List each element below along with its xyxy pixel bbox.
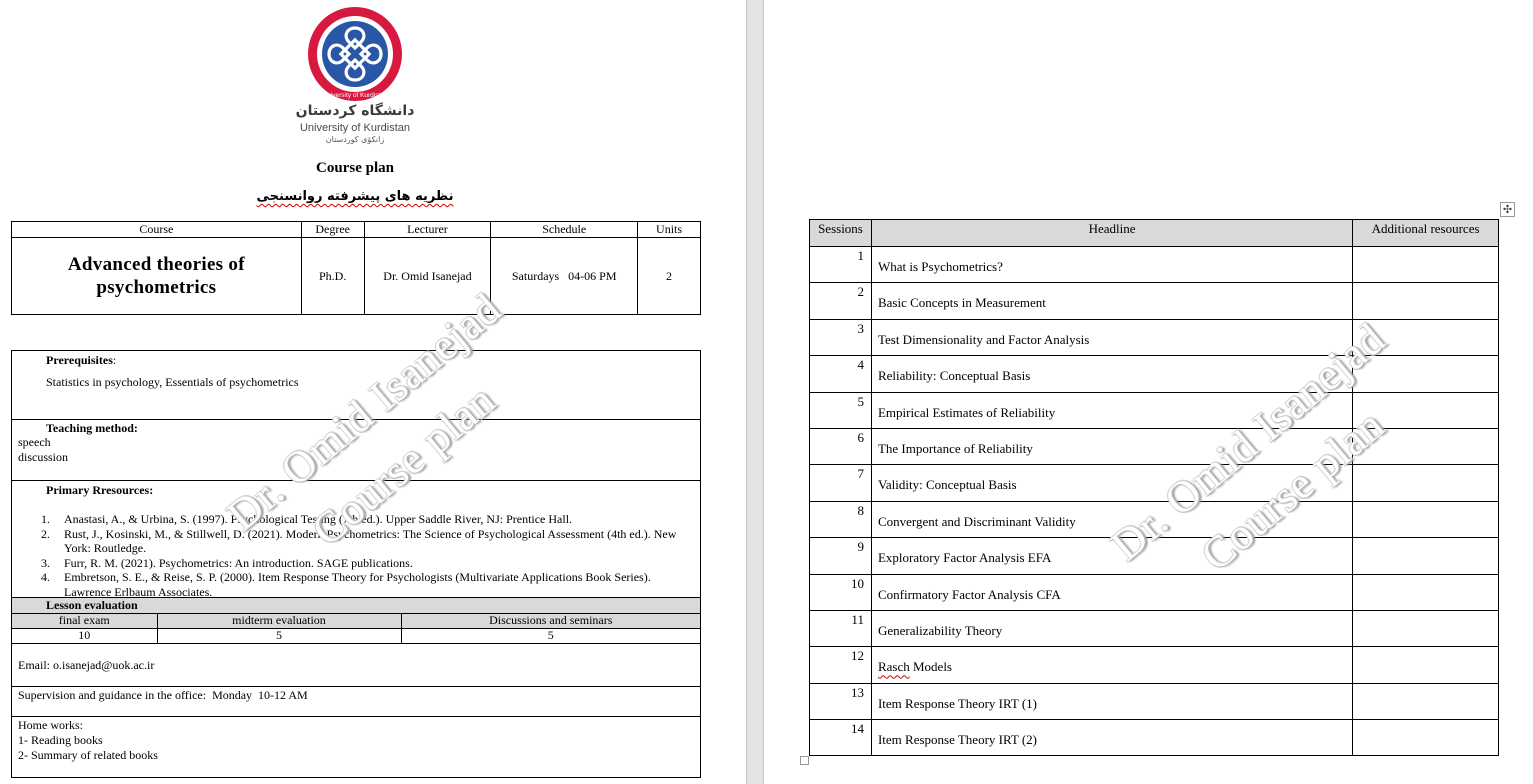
session-row: 5Empirical Estimates of Reliability [810, 392, 1499, 428]
session-additional-resources[interactable] [1353, 465, 1499, 501]
svg-text:University of Kurdistan: University of Kurdistan [322, 92, 387, 99]
session-additional-resources[interactable] [1353, 428, 1499, 464]
course-name: Advanced theories of psychometrics [12, 253, 301, 299]
page-gap [746, 0, 764, 784]
sessions-table: Sessions Headline Additional resources 1… [809, 219, 1499, 756]
session-additional-resources[interactable] [1353, 574, 1499, 610]
session-additional-resources[interactable] [1353, 501, 1499, 537]
resource-item: 3.Furr, R. M. (2021). Psychometrics: An … [12, 556, 700, 571]
session-headline: Convergent and Discriminant Validity [871, 501, 1352, 537]
session-headline: Exploratory Factor Analysis EFA [871, 538, 1352, 574]
session-headline: Item Response Theory IRT (2) [871, 720, 1352, 756]
course-info-row: Advanced theories of psychometrics Ph.D.… [12, 238, 701, 315]
session-row: 6The Importance of Reliability [810, 428, 1499, 464]
evaluation-header-row: final exam midterm evaluation Discussion… [12, 613, 700, 628]
session-headline: What is Psychometrics? [871, 247, 1352, 283]
primary-resources-label: Primary Rresources: [12, 483, 153, 498]
session-headline: Basic Concepts in Measurement [871, 283, 1352, 319]
university-name-en: University of Kurdistan [290, 122, 420, 134]
home-works-item: 2- Summary of related books [18, 748, 158, 763]
table-resize-handle[interactable] [800, 756, 809, 765]
course-info-header-row: Course Degree Lecturer Schedule Units [12, 222, 701, 238]
session-number: 12 [810, 647, 872, 683]
session-headline: Test Dimensionality and Factor Analysis [871, 319, 1352, 355]
session-additional-resources[interactable] [1353, 319, 1499, 355]
session-additional-resources[interactable] [1353, 720, 1499, 756]
session-headline: Generalizability Theory [871, 610, 1352, 646]
university-name-ku: زانکۆی کوردستان [290, 135, 420, 144]
subtitle-text: نظریه های پیشرفته روانسنجی [257, 189, 454, 204]
session-row: 7Validity: Conceptual Basis [810, 465, 1499, 501]
header-headline: Headline [871, 220, 1352, 247]
session-row: 9Exploratory Factor Analysis EFA [810, 538, 1499, 574]
primary-resources-list: 1.Anastasi, A., & Urbina, S. (1997). Psy… [12, 512, 700, 600]
evaluation-value-row: 10 5 5 [12, 628, 700, 643]
session-headline: The Importance of Reliability [871, 428, 1352, 464]
session-number: 14 [810, 720, 872, 756]
email-section: Email: o.isanejad@uok.ac.ir [12, 645, 700, 687]
header-degree: Degree [301, 222, 364, 238]
session-number: 7 [810, 465, 872, 501]
session-number: 5 [810, 392, 872, 428]
session-additional-resources[interactable] [1353, 392, 1499, 428]
course-name-cell: Advanced theories of psychometrics [12, 238, 302, 315]
course-details-box: Prerequisites: Statistics in psychology,… [11, 350, 701, 778]
eval-header-discussions: Discussions and seminars [401, 613, 700, 628]
session-row: 1What is Psychometrics? [810, 247, 1499, 283]
page-1: University of Kurdistan دانشگاه کردستان … [0, 0, 746, 784]
teaching-method-item: speech [18, 435, 51, 450]
eval-value-final: 10 [12, 628, 157, 643]
eval-header-final: final exam [12, 613, 157, 628]
table-move-handle-icon[interactable]: ✣ [1500, 202, 1515, 217]
session-headline: Confirmatory Factor Analysis CFA [871, 574, 1352, 610]
session-additional-resources[interactable] [1353, 356, 1499, 392]
session-additional-resources[interactable] [1353, 683, 1499, 719]
session-additional-resources[interactable] [1353, 647, 1499, 683]
session-headline: Rasch Models [871, 647, 1352, 683]
email-text: Email: o.isanejad@uok.ac.ir [18, 658, 154, 673]
session-number: 4 [810, 356, 872, 392]
session-row: 4Reliability: Conceptual Basis [810, 356, 1499, 392]
office-hours-section: Supervision and guidance in the office: … [12, 687, 700, 717]
session-additional-resources[interactable] [1353, 283, 1499, 319]
resource-item: 2.Rust, J., Kosinski, M., & Stillwell, D… [12, 527, 700, 556]
lesson-evaluation-title-row: Lesson evaluation [12, 598, 700, 613]
sessions-header-row: Sessions Headline Additional resources [810, 220, 1499, 247]
home-works-item: 1- Reading books [18, 733, 103, 748]
session-row: 10Confirmatory Factor Analysis CFA [810, 574, 1499, 610]
eval-value-discussions: 5 [401, 628, 700, 643]
teaching-method-section: Teaching method: speech discussion [12, 420, 700, 481]
page-2: ✣ Sessions Headline Additional resources… [764, 0, 1533, 784]
session-row: 11Generalizability Theory [810, 610, 1499, 646]
session-headline: Item Response Theory IRT (1) [871, 683, 1352, 719]
header-additional-resources: Additional resources [1353, 220, 1499, 247]
course-info-table: Course Degree Lecturer Schedule Units Ad… [11, 221, 701, 315]
session-row: 13Item Response Theory IRT (1) [810, 683, 1499, 719]
prerequisites-text: Statistics in psychology, Essentials of … [12, 375, 299, 390]
session-number: 11 [810, 610, 872, 646]
session-number: 10 [810, 574, 872, 610]
schedule-cell: Saturdays 04-06 PM [491, 238, 638, 315]
session-row: 8Convergent and Discriminant Validity [810, 501, 1499, 537]
header-sessions: Sessions [810, 220, 872, 247]
session-number: 13 [810, 683, 872, 719]
home-works-section: Home works: 1- Reading books 2- Summary … [12, 717, 700, 778]
session-number: 1 [810, 247, 872, 283]
session-headline: Reliability: Conceptual Basis [871, 356, 1352, 392]
document-title: Course plan [250, 160, 460, 177]
session-row: 2Basic Concepts in Measurement [810, 283, 1499, 319]
session-headline: Empirical Estimates of Reliability [871, 392, 1352, 428]
university-name-fa: دانشگاه کردستان [290, 103, 420, 119]
session-row: 12Rasch Models [810, 647, 1499, 683]
sessions-body: 1What is Psychometrics?2Basic Concepts i… [810, 247, 1499, 756]
degree-cell: Ph.D. [301, 238, 364, 315]
eval-header-midterm: midterm evaluation [157, 613, 401, 628]
university-logo-icon: University of Kurdistan [301, 6, 409, 102]
header-course: Course [12, 222, 302, 238]
session-number: 8 [810, 501, 872, 537]
session-additional-resources[interactable] [1353, 610, 1499, 646]
session-number: 3 [810, 319, 872, 355]
header-schedule: Schedule [491, 222, 638, 238]
units-cell: 2 [638, 238, 701, 315]
session-additional-resources[interactable] [1353, 538, 1499, 574]
session-additional-resources[interactable] [1353, 247, 1499, 283]
document-subtitle-fa: نظریه های پیشرفته روانسنجی [230, 189, 480, 204]
session-row: 3Test Dimensionality and Factor Analysis [810, 319, 1499, 355]
teaching-method-label: Teaching method: [12, 421, 138, 436]
session-number: 2 [810, 283, 872, 319]
teaching-method-item: discussion [18, 450, 68, 465]
session-headline: Validity: Conceptual Basis [871, 465, 1352, 501]
resource-item: 4.Embretson, S. E., & Reise, S. P. (2000… [12, 570, 700, 599]
resource-item: 1.Anastasi, A., & Urbina, S. (1997). Psy… [12, 512, 700, 527]
session-row: 14Item Response Theory IRT (2) [810, 720, 1499, 756]
header-lecturer: Lecturer [364, 222, 491, 238]
session-number: 6 [810, 428, 872, 464]
primary-resources-section: Primary Rresources: 1.Anastasi, A., & Ur… [12, 481, 700, 598]
prerequisites-label: Prerequisites: [12, 353, 116, 368]
home-works-label: Home works: [18, 718, 83, 733]
prerequisites-section: Prerequisites: Statistics in psychology,… [12, 351, 700, 420]
lesson-evaluation-table: Lesson evaluation final exam midterm eva… [12, 598, 700, 644]
office-hours-text: Supervision and guidance in the office: … [18, 688, 308, 703]
session-number: 9 [810, 538, 872, 574]
eval-value-midterm: 5 [157, 628, 401, 643]
header-units: Units [638, 222, 701, 238]
lecturer-cell: Dr. Omid Isanejad [364, 238, 491, 315]
lesson-evaluation-label: Lesson evaluation [12, 598, 700, 613]
